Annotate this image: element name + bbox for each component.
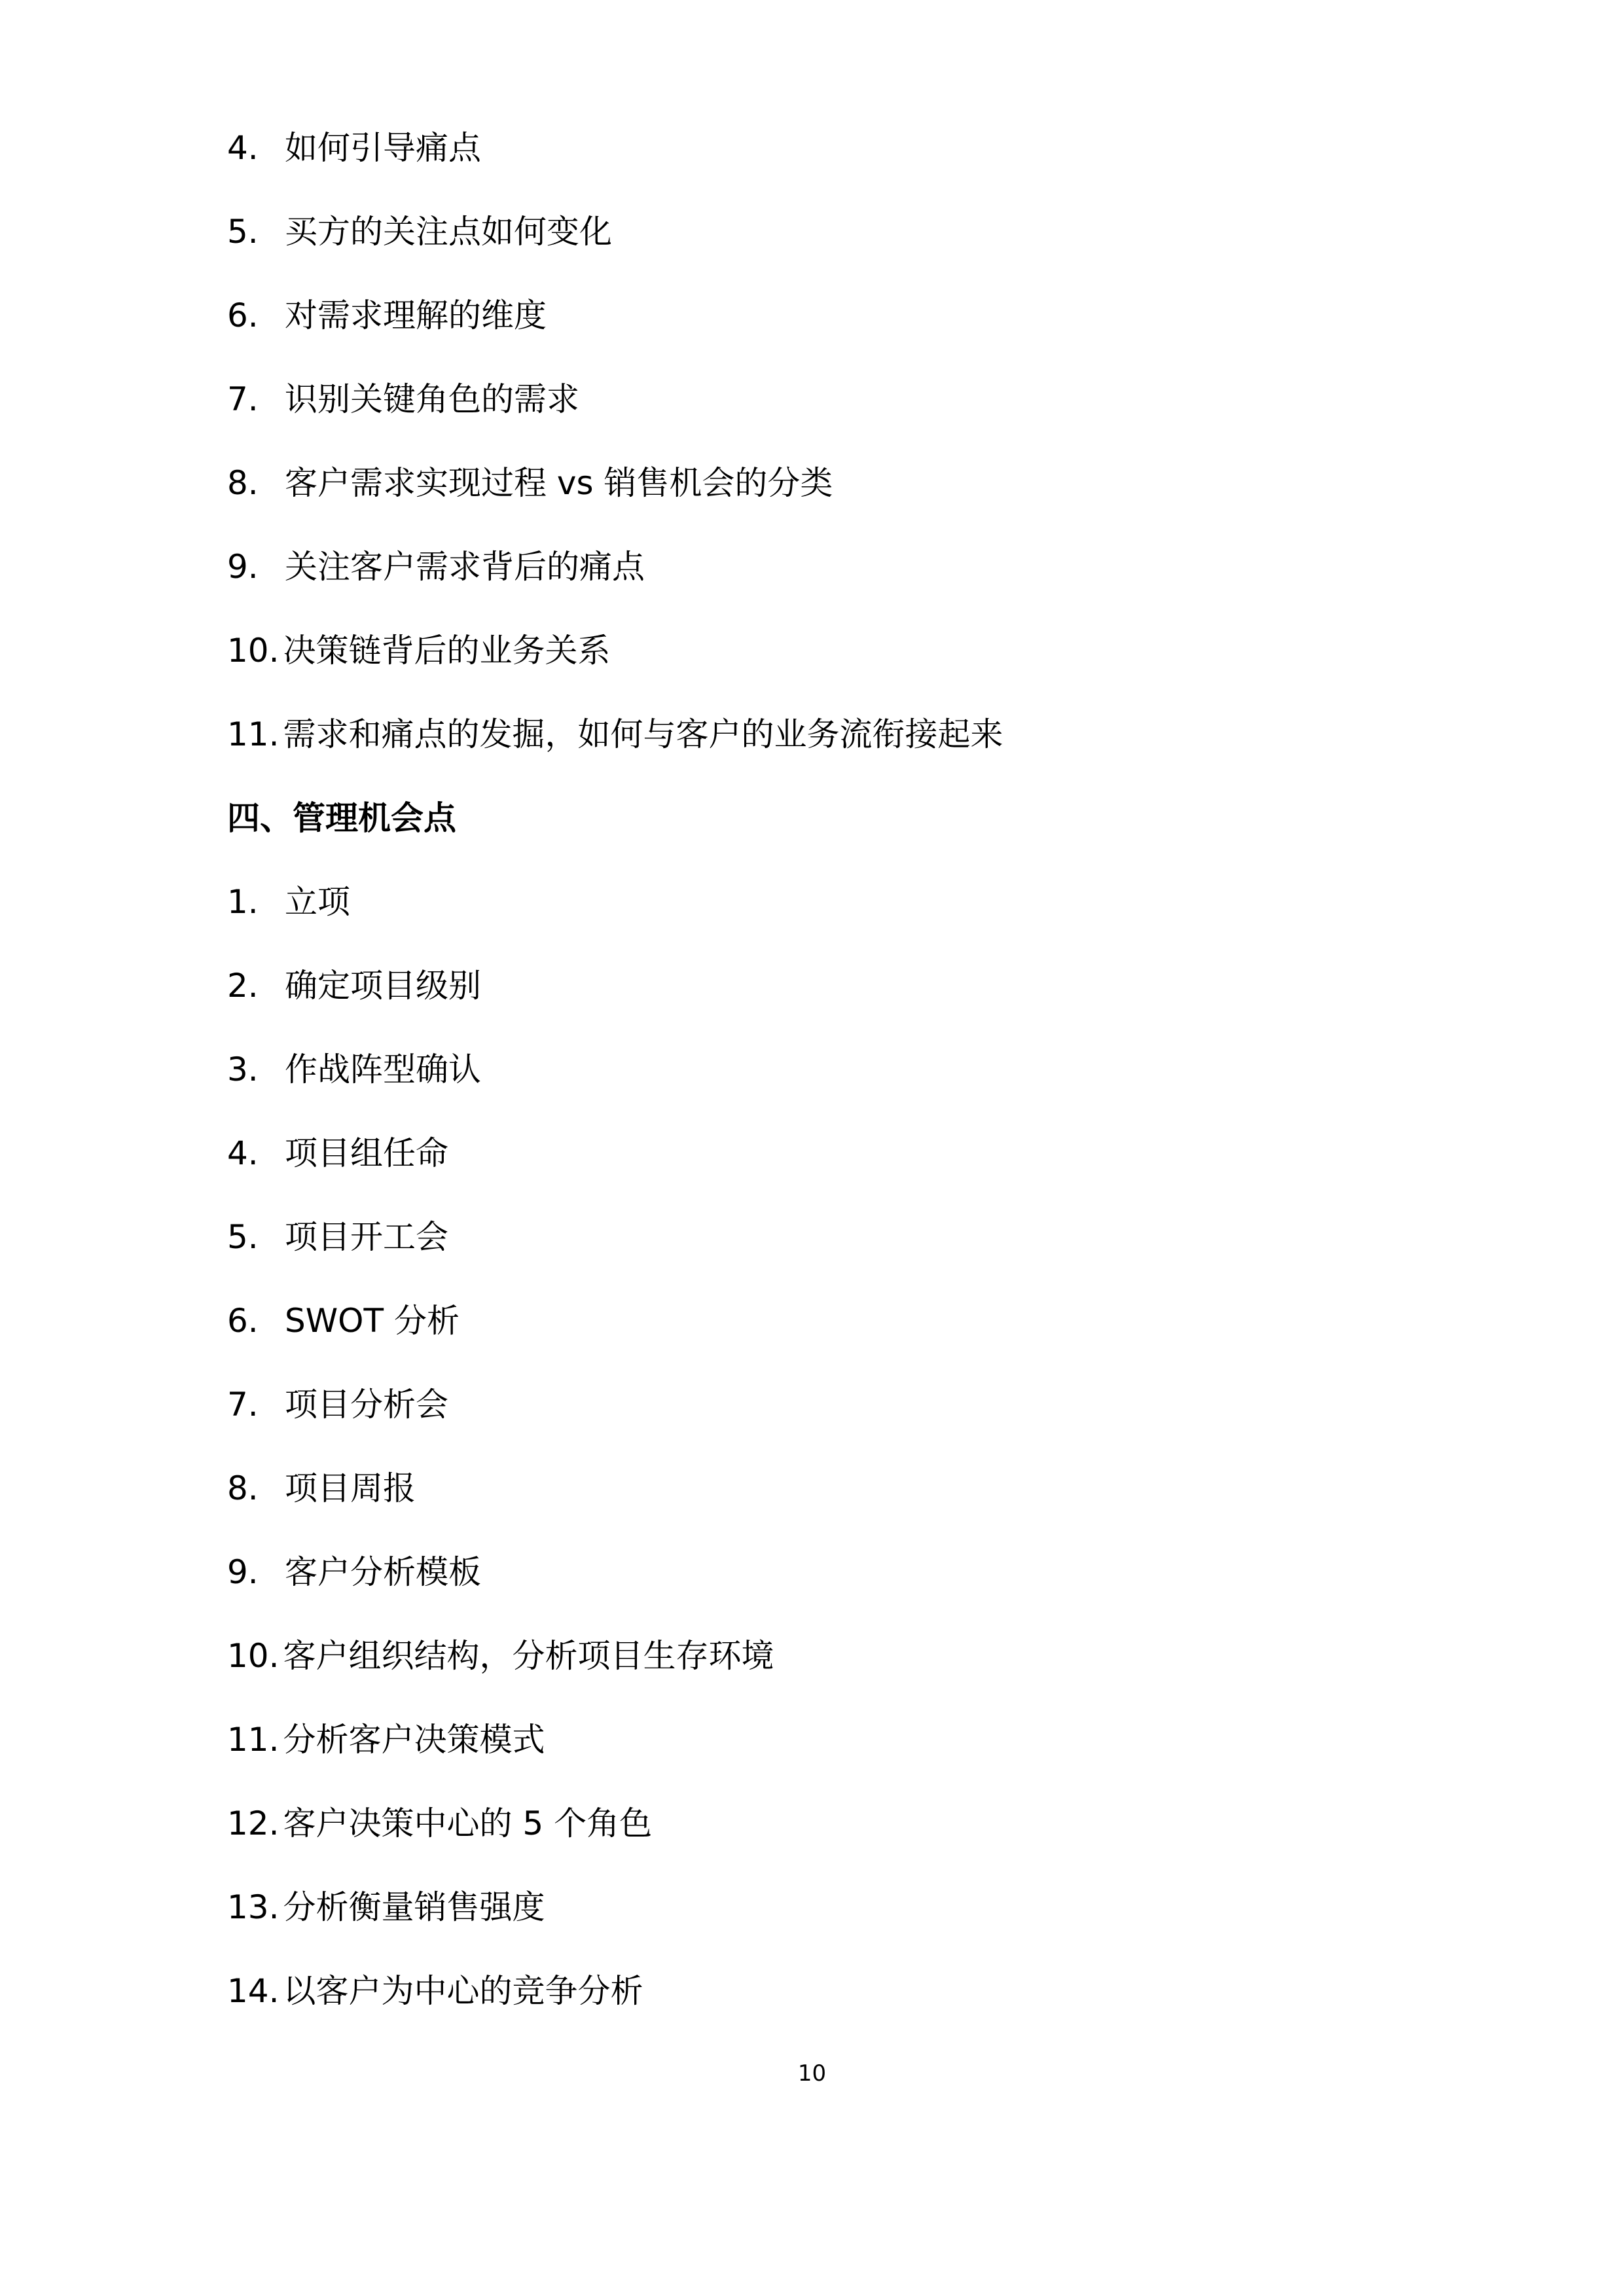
list-item: 10. 决策链背后的业务关系 [227, 631, 611, 670]
list-text: 分析客户决策模式 [283, 1720, 545, 1759]
list-item: 3. 作战阵型确认 [227, 1050, 481, 1089]
list-number: 5. [227, 212, 285, 251]
list-number: 11. [227, 1720, 280, 1759]
list-text: 客户需求实现过程 vs 销售机会的分类 [285, 463, 833, 503]
list-text: 确定项目级别 [285, 966, 481, 1005]
list-number: 6. [227, 296, 285, 335]
list-number: 7. [227, 1385, 285, 1424]
list-text: 识别关键角色的需求 [285, 380, 579, 419]
list-number: 10. [227, 1636, 280, 1676]
list-text: 以客户为中心的竞争分析 [283, 1971, 643, 2011]
list-item: 5. 买方的关注点如何变化 [227, 212, 612, 251]
list-text: 买方的关注点如何变化 [285, 212, 612, 251]
list-number: 4. [227, 128, 285, 168]
list-number: 7. [227, 380, 285, 419]
document-page: 4. 如何引导痛点 5. 买方的关注点如何变化 6. 对需求理解的维度 7. 识… [0, 0, 1624, 2296]
list-text: 关注客户需求背后的痛点 [285, 547, 645, 586]
list-item: 6. 对需求理解的维度 [227, 296, 547, 335]
list-item: 8. 客户需求实现过程 vs 销售机会的分类 [227, 463, 833, 503]
list-item: 7. 识别关键角色的需求 [227, 380, 579, 419]
list-item: 12. 客户决策中心的 5 个角色 [227, 1804, 652, 1843]
list-text: 需求和痛点的发掘，如何与客户的业务流衔接起来 [283, 715, 1003, 754]
list-number: 1. [227, 882, 285, 922]
list-item: 6. SWOT 分析 [227, 1301, 460, 1340]
list-text: 作战阵型确认 [285, 1050, 481, 1089]
list-text: 项目组任命 [285, 1134, 448, 1173]
list-text: 如何引导痛点 [285, 128, 481, 168]
list-text: 决策链背后的业务关系 [283, 631, 611, 670]
list-number: 8. [227, 463, 285, 503]
list-number: 4. [227, 1134, 285, 1173]
list-number: 3. [227, 1050, 285, 1089]
page-number: 10 [0, 2060, 1624, 2087]
list-item: 4. 项目组任命 [227, 1134, 448, 1173]
list-item: 14. 以客户为中心的竞争分析 [227, 1971, 643, 2011]
list-item: 9. 客户分析模板 [227, 1552, 481, 1592]
list-text: 客户分析模板 [285, 1552, 481, 1592]
list-item: 13. 分析衡量销售强度 [227, 1888, 545, 1927]
list-item: 11. 需求和痛点的发掘，如何与客户的业务流衔接起来 [227, 715, 1003, 754]
list-number: 5. [227, 1217, 285, 1257]
list-number: 10. [227, 631, 280, 670]
list-item: 8. 项目周报 [227, 1469, 416, 1508]
list-number: 9. [227, 1552, 285, 1592]
list-number: 2. [227, 966, 285, 1005]
list-text: 项目开工会 [285, 1217, 448, 1257]
list-text: 对需求理解的维度 [285, 296, 547, 335]
list-number: 14. [227, 1971, 280, 2011]
list-text: 分析衡量销售强度 [283, 1888, 545, 1927]
list-item: 11. 分析客户决策模式 [227, 1720, 545, 1759]
list-item: 10. 客户组织结构，分析项目生存环境 [227, 1636, 774, 1676]
list-item: 2. 确定项目级别 [227, 966, 481, 1005]
list-number: 8. [227, 1469, 285, 1508]
list-text: SWOT 分析 [285, 1301, 460, 1340]
list-number: 11. [227, 715, 280, 754]
list-text: 立项 [285, 882, 350, 922]
list-number: 12. [227, 1804, 280, 1843]
list-item: 1. 立项 [227, 882, 350, 922]
list-number: 13. [227, 1888, 280, 1927]
list-item: 7. 项目分析会 [227, 1385, 448, 1424]
list-text: 项目分析会 [285, 1385, 448, 1424]
list-text: 项目周报 [285, 1469, 416, 1508]
list-item: 5. 项目开工会 [227, 1217, 448, 1257]
list-number: 9. [227, 547, 285, 586]
list-text: 客户决策中心的 5 个角色 [283, 1804, 653, 1843]
list-item: 4. 如何引导痛点 [227, 128, 481, 168]
section-heading: 四、管理机会点 [227, 798, 456, 838]
list-number: 6. [227, 1301, 285, 1340]
list-text: 客户组织结构，分析项目生存环境 [283, 1636, 774, 1676]
list-item: 9. 关注客户需求背后的痛点 [227, 547, 645, 586]
